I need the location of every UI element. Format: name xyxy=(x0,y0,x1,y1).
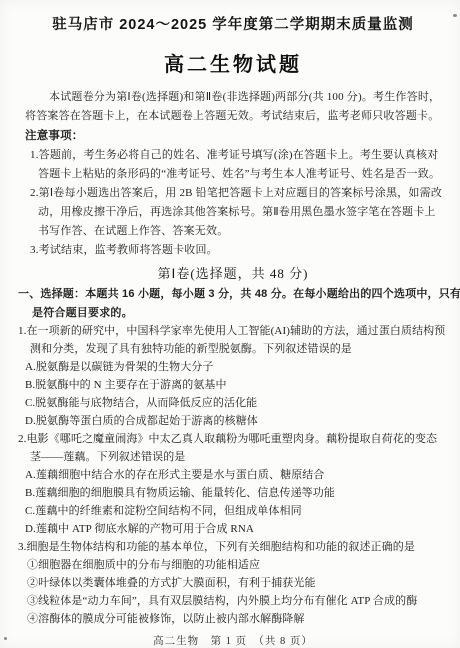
question-1: 1.在一项新的研究中，中国科学家率先使用人工智能(AI)辅助的方法，通过蛋白质结… xyxy=(18,322,448,430)
question-statement-1: ①细胞器在细胞质中的分布与细胞的功能相适应 xyxy=(27,556,448,574)
notice-item: 1.答题前，考生务必将自己的姓名、准考证号填写(涂)在答题卡上。考生要认真核对 … xyxy=(18,146,448,184)
question-stem-line: 茎——莲藕。下列叙述错误的是 xyxy=(30,448,448,466)
scan-artifact xyxy=(453,14,457,17)
question-statement-2: ②叶绿体以类囊体堆叠的方式扩大膜面积，有利于捕获光能 xyxy=(27,574,448,592)
notice-list: 1.答题前，考生务必将自己的姓名、准考证号填写(涂)在答题卡上。考生要认真核对 … xyxy=(18,146,448,260)
section1-heading: 第Ⅰ卷(选择题，共 48 分) xyxy=(18,263,448,285)
question-stem-line: 3.细胞是生物体结构和功能的基本单位，下列有关细胞结构和功能的叙述正确的是 xyxy=(18,538,448,556)
question-option-d: D.脱氨酶等蛋白质的合成都起始于游离的核糖体 xyxy=(25,412,448,430)
question-statement-4: ④溶酶体的膜成分可能被修饰，以防止被内部水解酶降解 xyxy=(27,610,448,628)
section-instruction-line: 是符合题目要求的。 xyxy=(32,304,448,323)
exam-title: 驻马店市 2024～2025 学年度第二学期期末质量监测 xyxy=(18,13,448,34)
question-3: 3.细胞是生物体结构和功能的基本单位，下列有关细胞结构和功能的叙述正确的是 ①细… xyxy=(18,538,448,628)
notice-item-line: 1.答题前，考生务必将自己的姓名、准考证号填写(涂)在答题卡上。考生要认真核对 xyxy=(30,146,448,165)
question-stem-line: 1.在一项新的研究中，中国科学家率先使用人工智能(AI)辅助的方法，通过蛋白质结… xyxy=(18,322,448,340)
notice-item-line: 2.第Ⅰ卷每小题选出答案后，用 2B 铅笔把答题卡上对应题目的答案标号涂黑，如需… xyxy=(30,184,448,203)
notice-heading: 注意事项： xyxy=(25,126,448,146)
notice-item: 3.考试结束，监考教师将答题卡收回。 xyxy=(18,241,448,260)
notice-item-line: 书写作答、在试题上作答、答案无效。 xyxy=(38,222,448,241)
question-option-b: B.莲藕细胞的细胞膜具有物质运输、能量转化、信息传递等功能 xyxy=(25,484,448,502)
question-option-a: A.莲藕细胞中结合水的存在形式主要是水与蛋白质、糖原结合 xyxy=(25,466,448,484)
section-instruction-line: 一、选择题：本题共 16 小题，每小题 3 分，共 48 分。在每小题给出的四个… xyxy=(18,285,448,304)
preamble-line: 将答案答在答题卡上，在本试题卷上答题无效。考试结束后，监考老师只收答题卡。 xyxy=(25,107,448,126)
notice-item-line: 答题卡上粘贴的条形码的“准考证号、姓名”与考生本人准考证号、姓名是否一致。 xyxy=(38,165,448,184)
question-stem-line: 测和分类，发现了具有独特功能的新型脱氨酶。下列叙述错误的是 xyxy=(30,340,448,358)
question-option-d: D.莲藕中 ATP 彻底水解的产物可用于合成 RNA xyxy=(25,520,448,538)
question-option-c: C.莲藕中的纤维素和淀粉空间结构不同，但组成单体相同 xyxy=(25,502,448,520)
paper-title: 高二生物试题 xyxy=(18,48,448,77)
question-option-a: A.脱氨酶是以碳链为骨架的生物大分子 xyxy=(25,358,448,376)
question-stem-line: 2.电影《哪吒之魔童闹海》中太乙真人取藕粉为哪吒重塑肉身。藕粉提取自荷花的变态 xyxy=(18,430,448,448)
notice-item-line: 动，用橡皮擦干净后，再选涂其他答案标号。第Ⅱ卷用黑色墨水签字笔在答题卡上 xyxy=(38,203,448,222)
preamble: 本试题卷分为第Ⅰ卷(选择题)和第Ⅱ卷(非选择题)两部分(共 100 分)。考生作… xyxy=(18,88,448,126)
exam-paper-page: 驻马店市 2024～2025 学年度第二学期期末质量监测 高二生物试题 本试题卷… xyxy=(0,0,460,648)
section1-instruction: 一、选择题：本题共 16 小题，每小题 3 分，共 48 分。在每小题给出的四个… xyxy=(18,285,448,322)
question-option-b: B.脱氨酶中的 N 主要存在于游离的氨基中 xyxy=(25,376,448,394)
question-statement-3: ③线粒体是“动力车间”，具有双层膜结构，内外膜上均分布有催化 ATP 合成的酶 xyxy=(27,592,448,610)
page-footer: 高二生物 第 1 页 （共 8 页） xyxy=(18,633,448,648)
question-option-c: C.脱氨酶能与底物结合，从而降低反应的活化能 xyxy=(25,394,448,412)
notice-item: 2.第Ⅰ卷每小题选出答案后，用 2B 铅笔把答题卡上对应题目的答案标号涂黑，如需… xyxy=(18,184,448,241)
question-2: 2.电影《哪吒之魔童闹海》中太乙真人取藕粉为哪吒重塑肉身。藕粉提取自荷花的变态 … xyxy=(18,430,448,538)
preamble-line: 本试题卷分为第Ⅰ卷(选择题)和第Ⅱ卷(非选择题)两部分(共 100 分)。考生作… xyxy=(25,88,448,107)
scan-artifact xyxy=(4,637,7,640)
notice-item-line: 3.考试结束，监考教师将答题卡收回。 xyxy=(30,241,448,260)
